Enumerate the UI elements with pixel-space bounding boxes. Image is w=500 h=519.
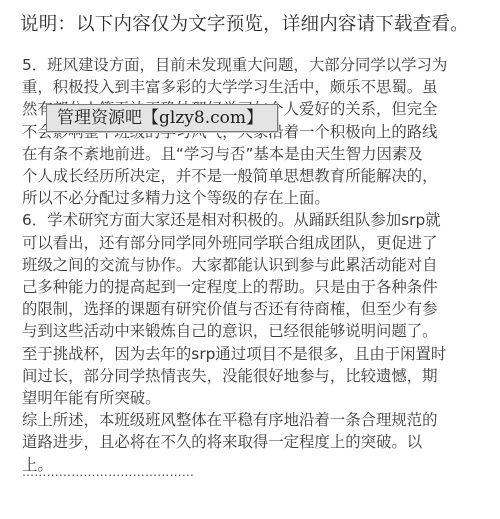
- watermark-banner: 管理资源吧【glzy8.com】: [46, 104, 278, 132]
- separator-dots: ……………………………………: [22, 465, 194, 479]
- text-line: 所以不必分配过多精力这个等级的存在上面。: [22, 187, 482, 209]
- text-line: 间过长，部分同学热情丧失，没能很好地参与，比较遗憾，期: [22, 365, 482, 387]
- text-line: 己多种能力的提高起到一定程度上的帮助。只是由于各种条件: [22, 276, 482, 298]
- text-line: 重，积极投入到丰富多彩的大学学习生活中，颇乐不思蜀。虽: [22, 76, 482, 98]
- text-line: 5．班风建设方面，目前未发现重大问题，大部分同学以学习为: [22, 54, 482, 76]
- text-line: 班级之间的交流与协作。大家都能认识到参与此累活动能对自: [22, 254, 482, 276]
- text-line: 的限制，选择的课题有研究价值与否还有待商榷，但至少有参: [22, 298, 482, 320]
- text-line: 道路进步，且必将在不久的将来取得一定程度上的突破。以: [22, 431, 482, 453]
- text-line: 与到这些活动中来锻炼自己的意识，已经很能够说明问题了。: [22, 320, 482, 342]
- text-line: 望明年能有所突破。: [22, 387, 482, 409]
- text-line: 综上所述，本班级班风整体在平稳有序地沿着一条合理规范的: [22, 409, 482, 431]
- text-line: 在有条不紊地前进。且“学习与否”基本是由天生智力因素及: [22, 143, 482, 165]
- text-line: 个人成长经历所决定，并不是一般简单思想教育所能解决的，: [22, 165, 482, 187]
- text-line: 6．学术研究方面大家还是相对积极的。从踊跃组队参加srp就: [22, 209, 482, 231]
- text-line: 至于挑战杯，因为去年的srp通过项目不是很多，且由于闲置时: [22, 343, 482, 365]
- text-line: 可以看出，还有部分同学同外班同学联合组成团队，更促进了: [22, 232, 482, 254]
- preview-notice: 说明：以下内容仅为文字预览，详细内容请下载查看。: [20, 10, 469, 36]
